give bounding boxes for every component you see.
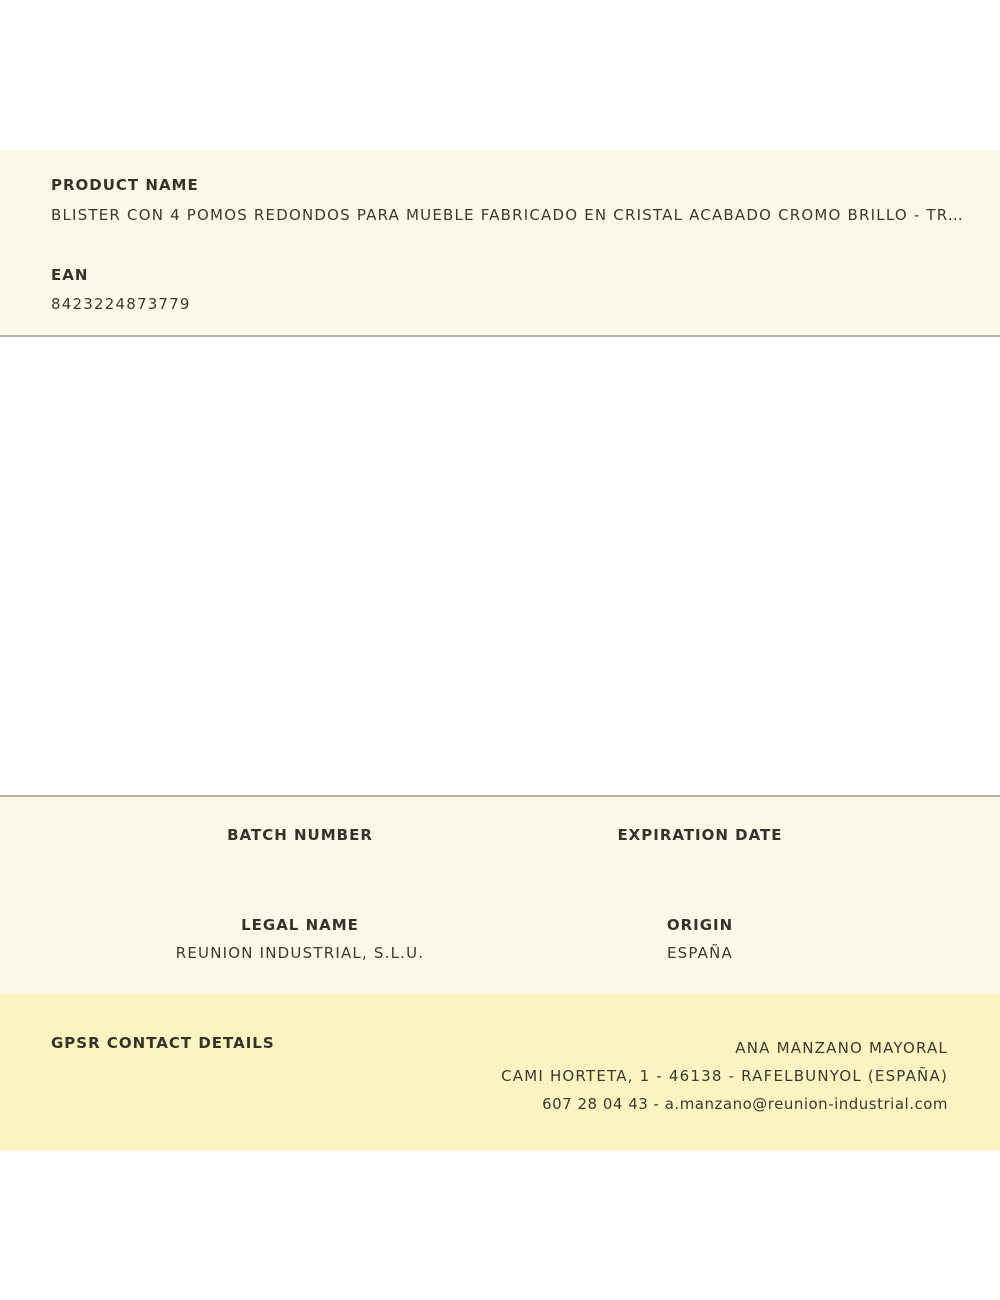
legal-name-value: REUNION INDUSTRIAL, S.L.U. <box>100 944 500 962</box>
product-name-value: BLISTER CON 4 POMOS REDONDOS PARA MUEBLE… <box>51 206 966 224</box>
product-details-panel: BATCH NUMBER EXPIRATION DATE LEGAL NAME … <box>0 795 1000 996</box>
product-info-panel: PRODUCT NAME BLISTER CON 4 POMOS REDONDO… <box>0 150 1000 337</box>
origin-value: ESPAÑA <box>500 944 900 962</box>
ean-label: EAN <box>51 266 88 284</box>
origin-label: ORIGIN <box>667 916 733 934</box>
product-name-label: PRODUCT NAME <box>51 176 199 194</box>
origin-field: ORIGIN ESPAÑA <box>500 915 900 962</box>
expiration-date-label: EXPIRATION DATE <box>617 826 782 844</box>
gpsr-contact-phone-email: 607 28 04 43 - a.manzano@reunion-industr… <box>501 1090 948 1118</box>
legal-name-label: LEGAL NAME <box>241 916 359 934</box>
gpsr-contact-address: CAMI HORTETA, 1 - 46138 - RAFELBUNYOL (E… <box>501 1062 948 1090</box>
gpsr-contact-label: GPSR CONTACT DETAILS <box>51 1034 275 1052</box>
gpsr-contact-name: ANA MANZANO MAYORAL <box>501 1034 948 1062</box>
gpsr-contact-details: ANA MANZANO MAYORAL CAMI HORTETA, 1 - 46… <box>501 1034 948 1118</box>
batch-number-field: BATCH NUMBER <box>100 825 500 854</box>
gpsr-contact-panel: GPSR CONTACT DETAILS ANA MANZANO MAYORAL… <box>0 994 1000 1150</box>
ean-value: 8423224873779 <box>51 295 191 313</box>
legal-name-field: LEGAL NAME REUNION INDUSTRIAL, S.L.U. <box>100 915 500 962</box>
expiration-date-field: EXPIRATION DATE <box>500 825 900 854</box>
batch-number-label: BATCH NUMBER <box>227 826 373 844</box>
